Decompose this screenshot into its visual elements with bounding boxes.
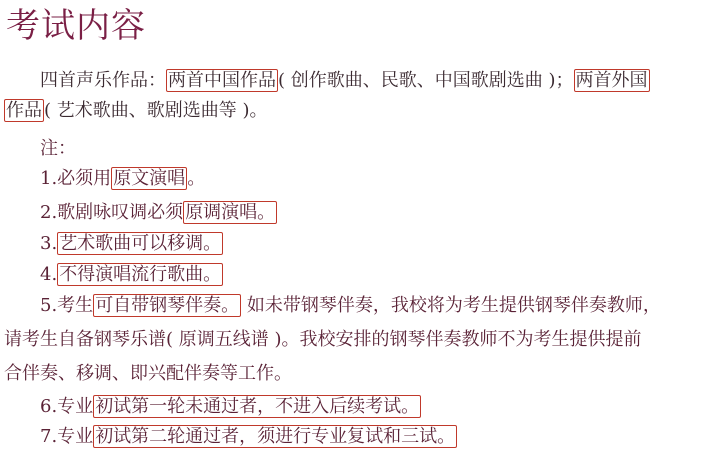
note-item-7: 7.专业初试第二轮通过者，须进行专业复试和三试。 — [40, 424, 457, 449]
intro-text: ( 艺术歌曲、歌剧选曲等 )。 — [44, 100, 268, 121]
note-item-6: 6.专业初试第一轮未通过者，不进入后续考试。 — [40, 394, 421, 420]
note-suffix: 如未带钢琴伴奏，我校将为考生提供钢琴伴奏教师， — [247, 295, 661, 316]
note-prefix: 1.必须用 — [40, 168, 111, 189]
highlight-box: 原文演唱 — [111, 167, 187, 190]
note-prefix: 2.歌剧咏叹调必须 — [40, 202, 183, 223]
note-item-2: 2.歌剧咏叹调必须原调演唱。 — [40, 200, 277, 226]
highlight-box: 两首外国 — [574, 69, 650, 92]
note-prefix: 5.考生 — [40, 295, 93, 316]
note-suffix: 。 — [187, 168, 205, 189]
highlight-box: 两首中国作品 — [166, 69, 278, 92]
intro-text: ( 创作歌曲、民歌、中国歌剧选曲 )； — [278, 70, 574, 91]
note-item-4: 4.不得演唱流行歌曲。 — [40, 262, 223, 288]
note-prefix: 4. — [40, 264, 57, 285]
intro-line-1: 四首声乐作品：两首中国作品( 创作歌曲、民歌、中国歌剧选曲 )；两首外国 — [40, 68, 650, 94]
note-prefix: 3. — [40, 233, 57, 254]
note-prefix: 7.专业 — [40, 426, 93, 447]
highlight-box: 原调演唱。 — [183, 201, 277, 224]
highlight-box: 艺术歌曲可以移调。 — [57, 232, 223, 255]
note-item-5: 5.考生可自带钢琴伴奏。 如未带钢琴伴奏，我校将为考生提供钢琴伴奏教师， — [40, 293, 661, 319]
highlight-box: 初试第二轮通过者，须进行专业复试和三试。 — [93, 425, 457, 448]
highlight-box: 初试第一轮未通过者，不进入后续考试。 — [93, 395, 421, 418]
highlight-box: 不得演唱流行歌曲。 — [57, 263, 223, 286]
note-item-1: 1.必须用原文演唱。 — [40, 166, 205, 192]
intro-line-2: 作品( 艺术歌曲、歌剧选曲等 )。 — [4, 98, 268, 124]
intro-text: 四首声乐作品： — [40, 70, 166, 91]
page-title: 考试内容 — [6, 4, 146, 48]
note-item-5-cont-2: 合伴奏、移调、即兴配伴奏等工作。 — [4, 361, 292, 387]
highlight-box: 作品 — [4, 99, 44, 122]
note-item-3: 3.艺术歌曲可以移调。 — [40, 231, 223, 257]
highlight-box: 可自带钢琴伴奏。 — [93, 294, 241, 317]
note-item-5-cont-1: 请考生自备钢琴乐谱( 原调五线谱 )。我校安排的钢琴伴奏教师不为考生提供提前 — [4, 327, 642, 353]
note-prefix: 6.专业 — [40, 396, 93, 417]
note-label: 注： — [40, 136, 76, 162]
